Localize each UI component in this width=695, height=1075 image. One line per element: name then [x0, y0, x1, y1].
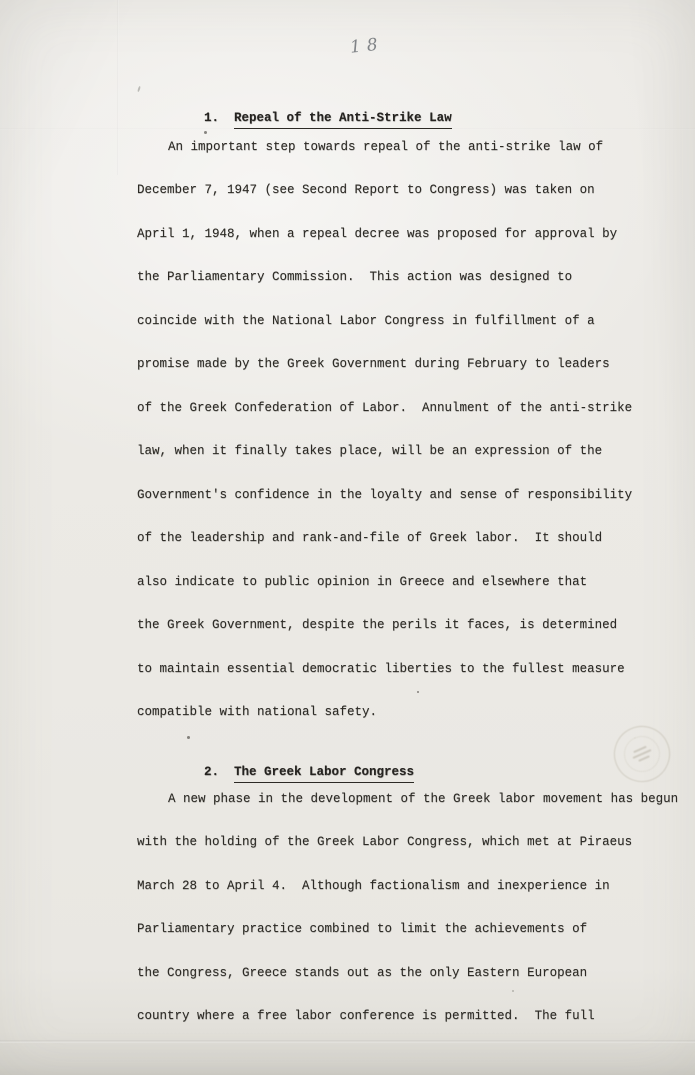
text-line: country where a free labor conference is… — [137, 1008, 685, 1025]
scanned-document-page: 18 1.Repeal of the Anti-Strike Law An im… — [0, 0, 695, 1075]
text-line: December 7, 1947 (see Second Report to C… — [137, 182, 685, 199]
archival-stamp-inner-ring — [618, 730, 666, 778]
text-line: the Congress, Greece stands out as the o… — [137, 965, 685, 982]
ink-speck — [417, 691, 419, 693]
text-line: of the Greek Confederation of Labor. Ann… — [137, 400, 685, 417]
section-2-number: 2. — [204, 764, 219, 781]
text-line: A new phase in the development of the Gr… — [137, 791, 695, 808]
text-line: An important step towards repeal of the … — [137, 139, 695, 156]
text-line: coincide with the National Labor Congres… — [137, 313, 685, 330]
text-line: March 28 to April 4. Although factionali… — [137, 878, 685, 895]
pencil-mark — [137, 86, 141, 92]
text-line: April 1, 1948, when a repeal decree was … — [137, 226, 685, 243]
text-line: also indicate to public opinion in Greec… — [137, 574, 685, 591]
text-line: the Parliamentary Commission. This actio… — [137, 269, 685, 286]
paper-crease-bottom — [0, 1040, 695, 1043]
text-line: Parliamentary practice combined to limit… — [137, 921, 685, 938]
text-line: promise made by the Greek Government dur… — [137, 356, 685, 373]
text-line: of the leadership and rank-and-file of G… — [137, 530, 685, 547]
handwritten-page-number: 18 — [349, 34, 385, 57]
ink-speck — [512, 990, 514, 992]
section-2-title: The Greek Labor Congress — [234, 764, 414, 783]
ink-speck — [204, 131, 207, 134]
text-line: to maintain essential democratic liberti… — [137, 661, 685, 678]
text-line: Government's confidence in the loyalty a… — [137, 487, 685, 504]
ink-speck — [187, 736, 190, 739]
section-1-title: Repeal of the Anti-Strike Law — [234, 110, 452, 129]
text-line: with the holding of the Greek Labor Cong… — [137, 834, 685, 851]
paper-crease-vertical — [117, 0, 119, 175]
text-line: the Greek Government, despite the perils… — [137, 617, 685, 634]
text-line: law, when it finally takes place, will b… — [137, 443, 685, 460]
section-1-number: 1. — [204, 110, 219, 127]
text-line: compatible with national safety. — [137, 704, 685, 721]
